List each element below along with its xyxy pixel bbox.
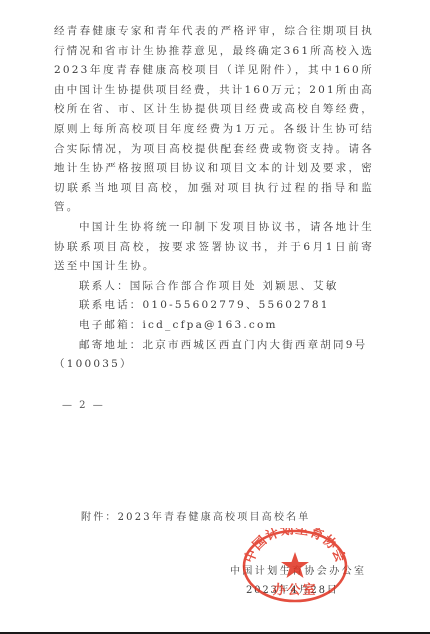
paragraph-agreement: 中国计生协将统一印制下发项目协议书，请各地计生协联系项目高校，按要求签署协议书，… — [54, 218, 374, 277]
contact-phone: 联系电话：010-55602779、55602781 — [54, 296, 374, 316]
page-number: — 2 — — [62, 400, 105, 411]
paragraph-project-selection: 经青春健康专家和青年代表的严格评审，综合往期项目执行情况和省市计生协推荐意见，最… — [54, 22, 374, 218]
body-text: 经青春健康专家和青年代表的严格评审，综合往期项目执行情况和省市计生协推荐意见，最… — [54, 22, 374, 375]
official-seal-icon: 中国计划生育协会 办公室 — [241, 528, 349, 604]
attachment-note: 附件：2023年青春健康高校项目高校名单 — [81, 508, 310, 523]
contact-address: 邮寄地址：北京市西城区西直门内大街西章胡同9号 — [54, 336, 374, 356]
contact-email: 电子邮箱：icd_cfpa@163.com — [54, 316, 374, 336]
seal-bottom-text: 办公室 — [272, 582, 317, 598]
contact-person: 联系人：国际合作部合作项目处 刘颖思、艾敏 — [54, 277, 374, 297]
contact-postcode: （100035） — [54, 355, 374, 375]
document-page: 经青春健康专家和青年代表的严格评审，综合往期项目执行情况和省市计生协推荐意见，最… — [0, 0, 430, 632]
